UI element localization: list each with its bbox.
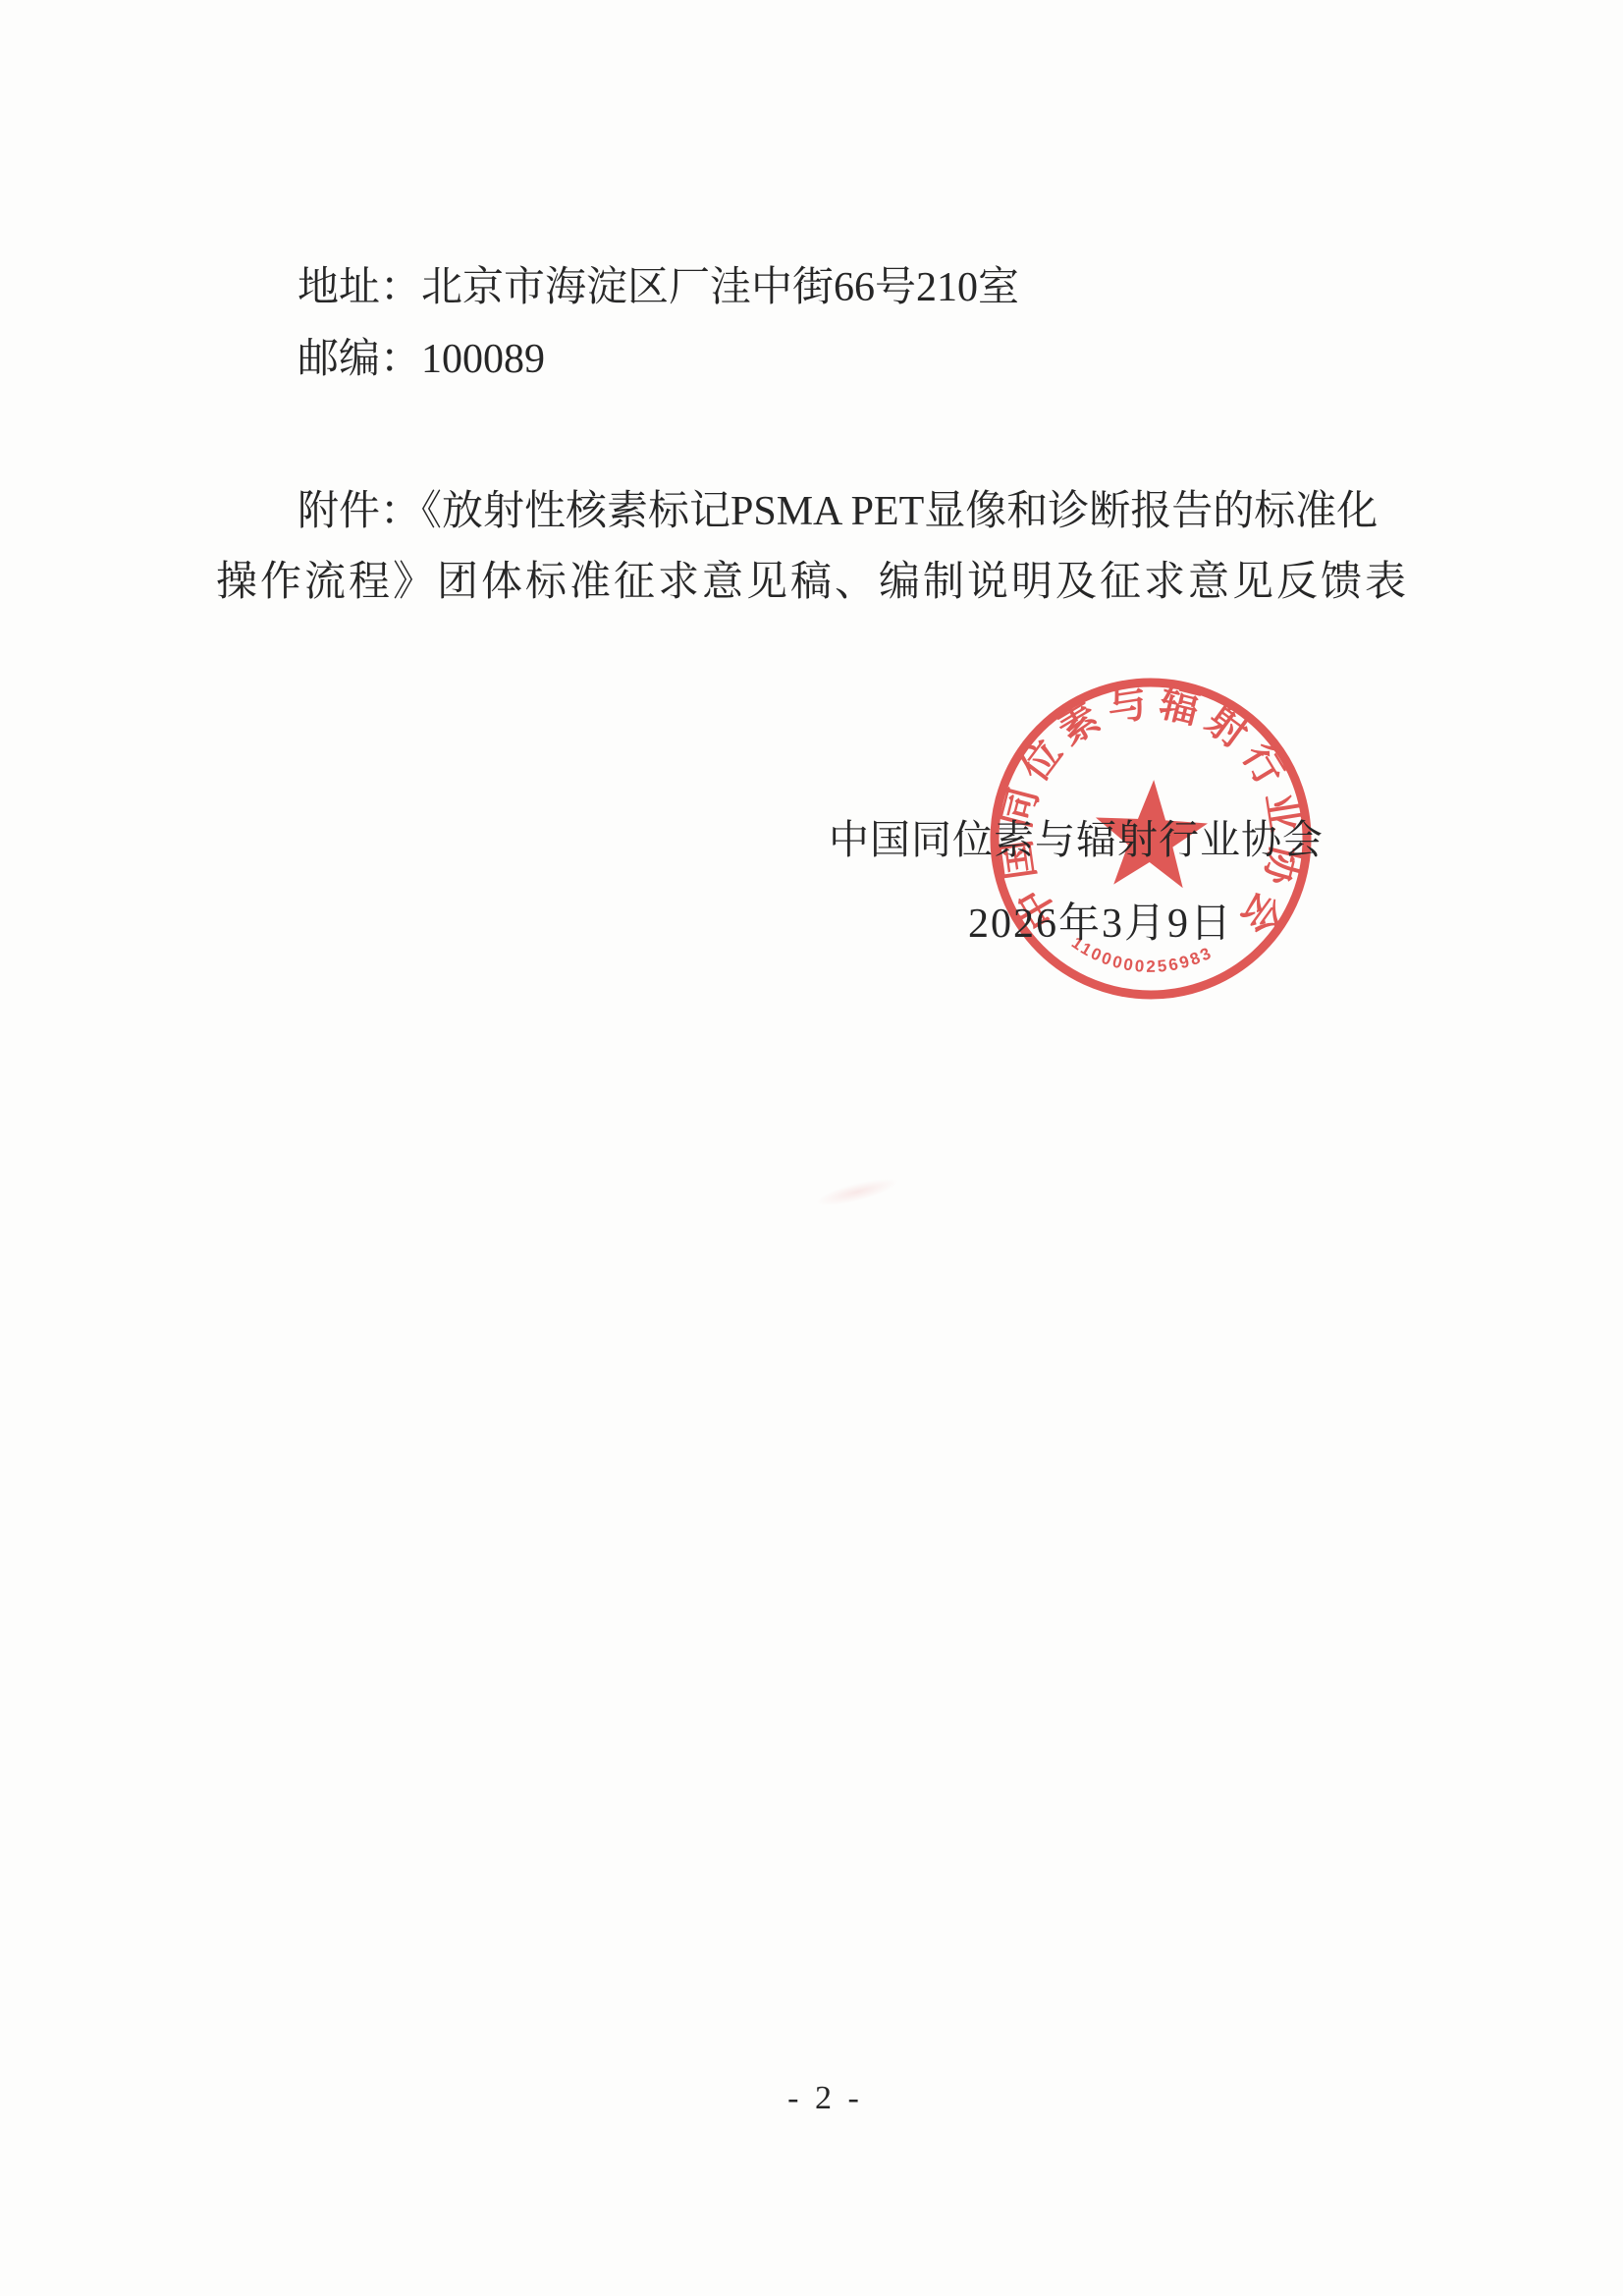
document-page: 地址：北京市海淀区厂洼中街66号210室 邮编：100089 附件：《放射性核素…: [0, 0, 1623, 2296]
address-line: 地址：北京市海淀区厂洼中街66号210室: [298, 267, 1019, 308]
page-number: - 2 -: [0, 2080, 1623, 2117]
attachment-line-1: 附件：《放射性核素标记PSMA PET显像和诊断报告的标准化: [298, 491, 1378, 532]
scan-smudge-artifact: [814, 1174, 900, 1211]
issue-date: 2026年3月9日: [968, 903, 1233, 945]
postal-code-line: 邮编：100089: [298, 339, 545, 380]
issuer-name: 中国同位素与辐射行业协会: [829, 820, 1324, 860]
attachment-line-2: 操作流程》团体标准征求意见稿、编制说明及征求意见反馈表: [216, 562, 1409, 603]
